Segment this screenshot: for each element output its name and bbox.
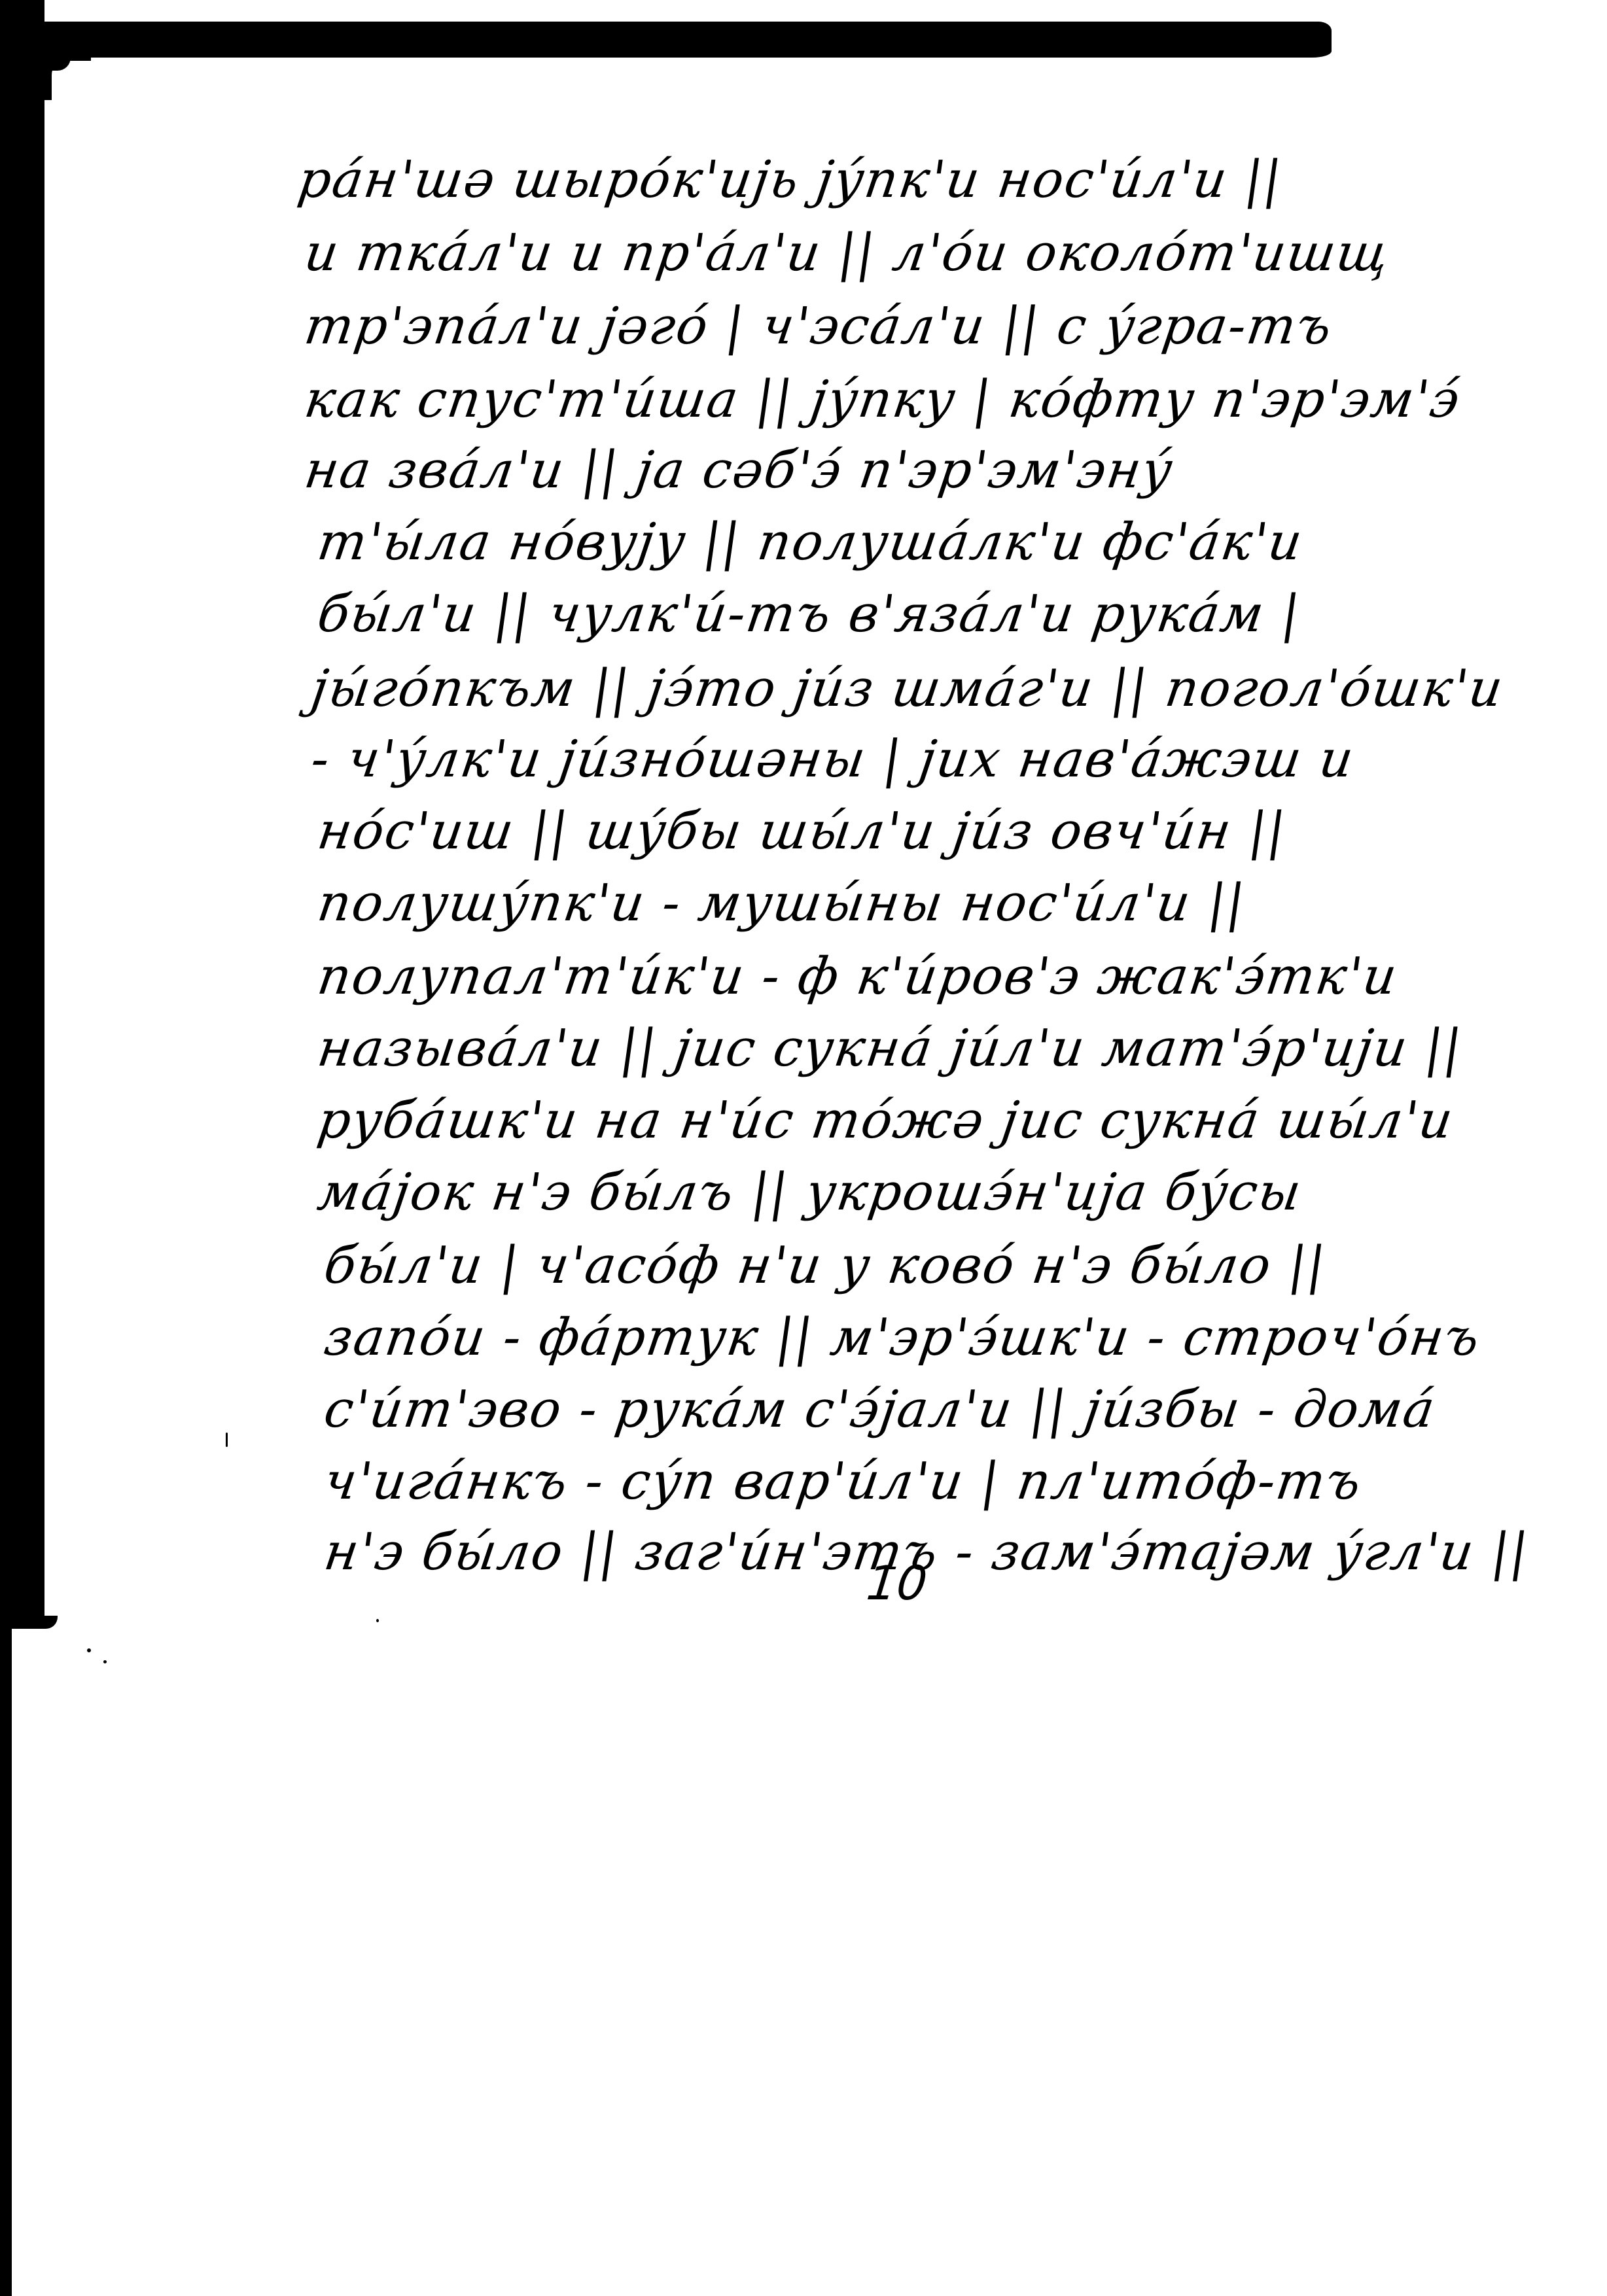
text-line: - ч'у́лк'и ји́знóшəны | јих нав'áжэш и: [308, 730, 1358, 789]
scan-shadow-left-lower: [0, 1629, 12, 2296]
text-line: тр'эпáл'и јəгó | ч'эсáл'и || с у́гра-тъ: [301, 297, 1336, 356]
text-line: мáјок н'э бы́лъ || укрошэ́н'ија бу́сы: [314, 1163, 1305, 1222]
scan-speck: [87, 1648, 91, 1652]
text-line: руба́шк'и на н'и́с тóжə јис сукнá шы́л'и: [314, 1091, 1457, 1150]
text-line: запóи - фáртук || м'эр'э́шк'и - строч'óн…: [321, 1308, 1484, 1367]
text-line: нóс'иш || шу́бы шы́л'и ји́з овч'и́н ||: [314, 802, 1290, 861]
scan-shadow-top: [16, 22, 1332, 58]
text-line: т'ы́ла нóвују || полушáлк'и фс'áк'и: [314, 513, 1307, 572]
scan-speck: [376, 1619, 379, 1622]
text-line: как спус'т'и́ша || ју́пку | кóфту п'эр'э…: [301, 370, 1464, 429]
scan-speck: [103, 1660, 107, 1663]
text-line: полупал'т'и́к'и - ф к'и́ров'э жак'э́тк'и: [314, 947, 1402, 1006]
scanned-page: ра́н'шə шырóк'ијь ју́пк'и нос'и́л'и || и…: [0, 0, 1607, 2296]
text-line: бы́л'и | ч'асóф н'и у ковó н'э бы́ло ||: [321, 1236, 1330, 1295]
text-line: ч'игáнкъ - су́п вар'и́л'и | пл'итóф-тъ: [321, 1452, 1366, 1511]
text-line: с'и́т'эво - рукáм с'э́јал'и || ји́збы - …: [321, 1380, 1439, 1439]
text-line: на звáл'и || ја сəб'э́ п'эр'эм'эну́: [301, 441, 1177, 500]
text-line: называ́л'и || јис сукнá ји́л'и мат'э́р'и…: [314, 1019, 1466, 1078]
text-line: бы́л'и || чулк'и́-тъ в'язáл'и рукáм |: [314, 585, 1305, 644]
scan-shadow-left: [0, 0, 44, 1629]
page-number: 10: [864, 1556, 930, 1610]
text-line: и ткáл'и и пр'áл'и || л'óи околóт'ишщ: [301, 224, 1393, 283]
text-line: јы́гóпкъм || јэ́то ји́з шмáг'и || погол'…: [308, 659, 1508, 718]
scan-speck: [226, 1433, 228, 1447]
text-line: ра́н'шə шырóк'ијь ју́пк'и нос'и́л'и ||: [294, 150, 1286, 209]
text-line: полушу́пк'и - мушы́ны нос'и́л'и ||: [314, 874, 1250, 933]
scan-shadow-left-foot: [33, 1616, 58, 1629]
